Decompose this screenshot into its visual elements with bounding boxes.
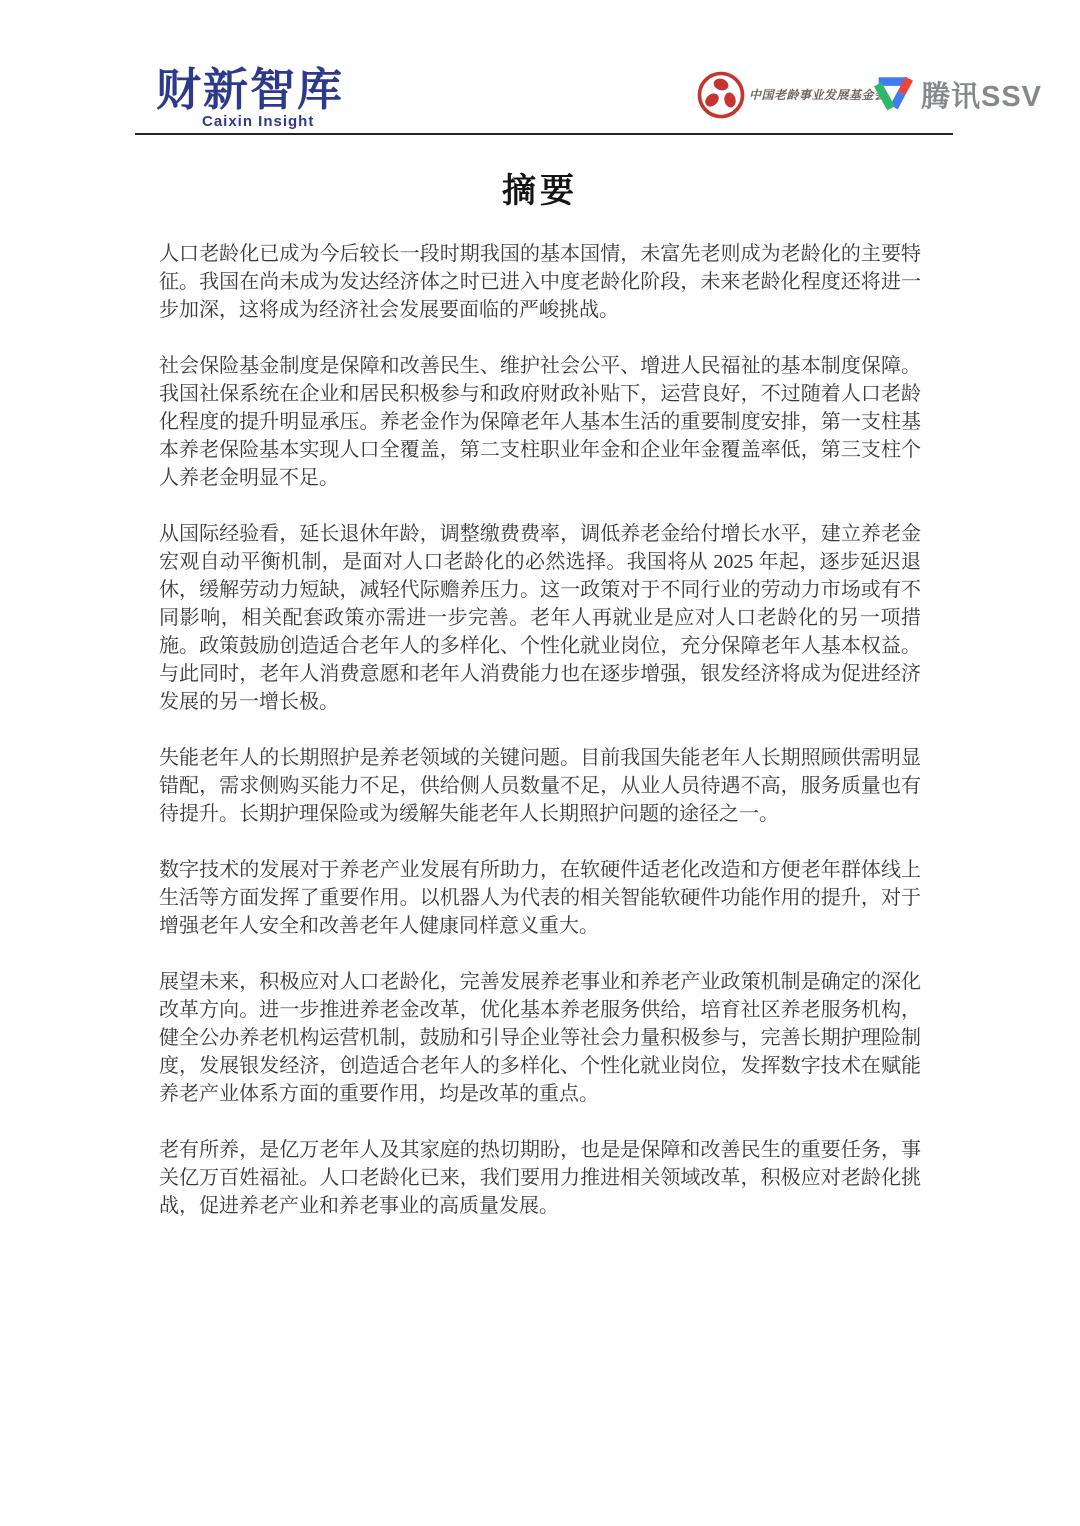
abstract-body: 人口老龄化已成为今后较长一段时期我国的基本国情，未富先老则成为老龄化的主要特征。… bbox=[159, 240, 921, 1220]
caixin-logo-zh: 财新智库 bbox=[156, 66, 344, 114]
abstract-paragraph: 展望未来，积极应对人口老龄化，完善发展养老事业和养老产业政策机制是确定的深化改革… bbox=[159, 968, 921, 1108]
page-title: 摘要 bbox=[0, 163, 1080, 212]
caixin-logo-en: Caixin Insight bbox=[202, 114, 344, 130]
abstract-paragraph: 社会保险基金制度是保障和改善民生、维护社会公平、增进人民福祉的基本制度保障。我国… bbox=[159, 352, 921, 492]
abstract-paragraph: 从国际经验看，延长退休年龄，调整缴费费率，调低养老金给付增长水平，建立养老金宏观… bbox=[159, 520, 921, 716]
aging-foundation-name: 中国老龄事业发展基金会 bbox=[749, 86, 887, 103]
abstract-paragraph: 人口老龄化已成为今后较长一段时期我国的基本国情，未富先老则成为老龄化的主要特征。… bbox=[159, 240, 921, 324]
header-divider bbox=[135, 133, 953, 135]
abstract-paragraph: 数字技术的发展对于养老产业发展有所助力，在软硬件适老化改造和方便老年群体线上生活… bbox=[159, 856, 921, 940]
caixin-insight-logo: 财新智库 Caixin Insight bbox=[156, 66, 344, 130]
tencent-ssv-wordmark: 腾讯SSV bbox=[921, 74, 1042, 115]
report-abstract-page: 财新智库 Caixin Insight 中国老龄事业发展基金会 腾讯SSV 摘要… bbox=[0, 0, 1080, 1526]
aging-foundation-logo-icon bbox=[696, 70, 746, 120]
tencent-ssv-logo-icon bbox=[870, 72, 916, 114]
abstract-paragraph: 老有所养，是亿万老年人及其家庭的热切期盼，也是是保障和改善民生的重要任务，事关亿… bbox=[159, 1136, 921, 1220]
abstract-paragraph: 失能老年人的长期照护是养老领域的关键问题。目前我国失能老年人长期照顾供需明显错配… bbox=[159, 744, 921, 828]
